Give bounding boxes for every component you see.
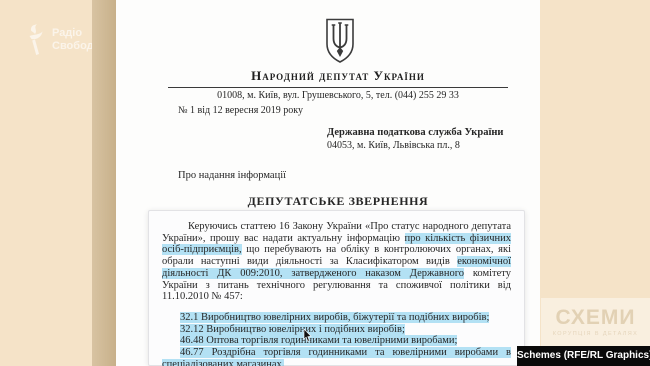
- list-item: 32.1 Виробництво ювелірних виробів, біжу…: [162, 312, 511, 324]
- list-item: 46.77 Роздрібна торгівля годинниками та …: [162, 347, 511, 366]
- paper-shadow: [92, 0, 116, 366]
- document-page: Народний депутат України 01008, м. Київ,…: [116, 0, 540, 366]
- letterhead-address: 01008, м. Київ, вул. Грушевського, 5, те…: [128, 90, 548, 101]
- subject-line: Про надання інформації: [178, 170, 286, 181]
- body-paragraph: Керуючись статтею 16 Закону України «Про…: [162, 221, 511, 303]
- highlighted-excerpt: Керуючись статтею 16 Закону України «Про…: [148, 210, 525, 366]
- credit-text: Schemes (RFE/RL Graphics): [517, 350, 650, 361]
- schemes-watermark: СХЕМИ КОРУПЦІЯ В ДЕТАЛЯХ: [541, 298, 650, 346]
- letterhead-divider: [168, 87, 508, 88]
- credit-bar: Schemes (RFE/RL Graphics): [517, 346, 650, 366]
- schemes-news-graphic: Радіо Свобода Народний депутат України 0…: [0, 0, 650, 366]
- recipient-block: Державна податкова служба України 04053,…: [327, 127, 503, 152]
- recipient-address: 04053, м. Київ, Львівська пл., 8: [327, 140, 503, 153]
- ukraine-trident-emblem: [322, 18, 358, 64]
- list-item: 32.12 Виробництво ювелірних і подібних в…: [162, 324, 511, 336]
- schemes-wordmark: СХЕМИ: [556, 307, 636, 329]
- reference-line: № 1 від 12 вересня 2019 року: [178, 105, 303, 116]
- document-type-heading: ДЕПУТАТСЬКЕ ЗВЕРНЕННЯ: [128, 194, 548, 209]
- mouse-cursor-icon: [303, 329, 312, 342]
- radio-svoboda-torch-icon: [26, 24, 46, 56]
- letterhead-title: Народний депутат України: [128, 68, 548, 84]
- schemes-tagline: КОРУПЦІЯ В ДЕТАЛЯХ: [553, 331, 639, 337]
- recipient-name: Державна податкова служба України: [327, 127, 503, 140]
- list-item: 46.48 Оптова торгівля годинниками та юве…: [162, 335, 511, 347]
- kved-list: 32.1 Виробництво ювелірних виробів, біжу…: [162, 312, 511, 366]
- radio-svoboda-logo: Радіо Свобода: [26, 24, 100, 56]
